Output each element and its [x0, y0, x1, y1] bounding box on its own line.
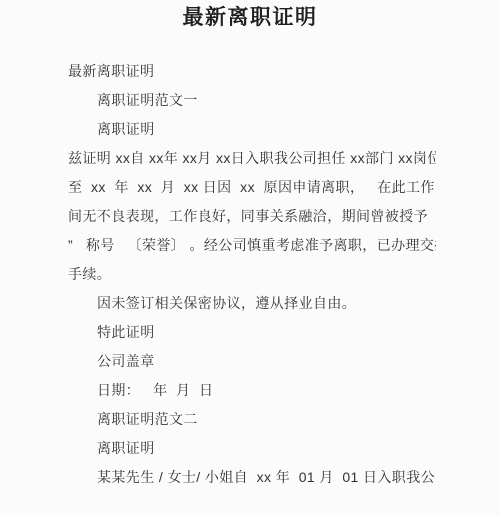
text-line: 某某先生 / 女士/ 小姐自 xx 年 01 月 01 日入职我公司担: [68, 463, 436, 492]
text-line: 间无不良表现，工作良好，同事关系融洽，期间曾被授予 “xx: [68, 202, 436, 231]
text-line: 特此证明: [68, 318, 436, 347]
text-line: 公司盖章: [68, 347, 436, 376]
text-line: 最新离职证明: [68, 57, 436, 86]
text-line: ” 称号 〔荣誉〕 。经公司慎重考虑准予离职，已办理交接: [68, 231, 436, 260]
text-line: 离职证明: [68, 434, 436, 463]
document-body: 最新离职证明 离职证明范文一 离职证明 兹证明 xx自 xx年 xx月 xx日入…: [68, 57, 436, 492]
text-line: 兹证明 xx自 xx年 xx月 xx日入职我公司担任 xx部门 xx岗位，: [68, 144, 436, 173]
text-line: 至 xx 年 xx 月 xx 日因 xx 原因申请离职， 在此工作 期: [68, 173, 436, 202]
text-line: 因未签订相关保密协议，遵从择业自由。: [68, 289, 436, 318]
text-line: 离职证明范文一: [68, 86, 436, 115]
text-line: 日期： 年 月 日: [68, 376, 436, 405]
document-page: 最新离职证明 最新离职证明 离职证明范文一 离职证明 兹证明 xx自 xx年 x…: [0, 0, 500, 516]
document-title: 最新离职证明: [0, 0, 500, 31]
text-line: 离职证明: [68, 115, 436, 144]
text-line: 手续。: [68, 260, 436, 289]
text-line: 离职证明范文二: [68, 405, 436, 434]
